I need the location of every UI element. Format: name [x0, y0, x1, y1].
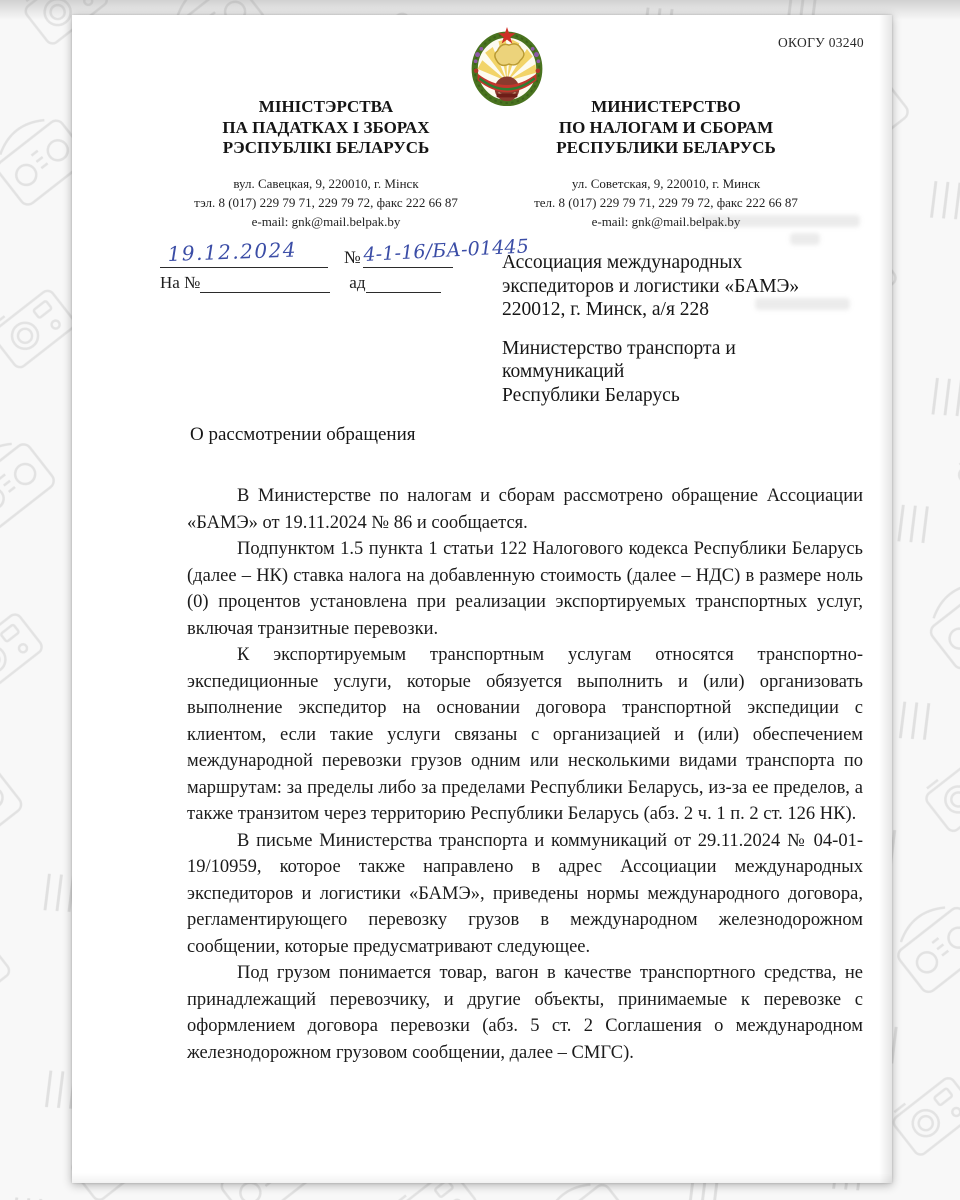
body-paragraph: Под грузом понимается товар, вагон в кач…: [187, 960, 863, 1066]
letter-page: ОКОГУ 03240 МІНІСТЭРСТВА ПА: [72, 15, 892, 1183]
org-phone: тэл. 8 (017) 229 79 71, 229 79 72, факс …: [176, 193, 476, 212]
letter-body: В Министерстве по налогам и сборам рассм…: [187, 483, 863, 1066]
recipient-block: Ассоциация международных экспедиторов и …: [502, 251, 892, 407]
recipient-association: Ассоциация международных экспедиторов и …: [502, 251, 892, 322]
recipient-line: экспедиторов и логистики «БАМЭ»: [502, 275, 892, 299]
org-email: e-mail: gnk@mail.belpak.by: [511, 212, 821, 231]
number-sign-label: №: [344, 247, 361, 267]
recipient-line: Ассоциация международных: [502, 251, 892, 275]
org-name-line: РЕСПУБЛИКИ БЕЛАРУСЬ: [511, 138, 821, 159]
reference-row-incoming: На №ад: [160, 267, 441, 293]
org-phone: тел. 8 (017) 229 79 71, 229 79 72, факс …: [511, 193, 821, 212]
org-address: вул. Савецкая, 9, 220010, г. Мінск: [176, 174, 476, 193]
recipient-line: Республики Беларусь: [502, 384, 892, 408]
page-bottom-scan-shadow: [72, 1173, 892, 1183]
reference-row-outgoing: 19.12.2024 № 4-1-16/БА-01445: [160, 242, 453, 268]
outgoing-number-line: 4-1-16/БА-01445: [363, 242, 453, 268]
incoming-date-line: [366, 267, 441, 293]
org-name-line: ПО НАЛОГАМ И СБОРАМ: [511, 118, 821, 139]
org-email: e-mail: gnk@mail.belpak.by: [176, 212, 476, 231]
letter-subject: О рассмотрении обращения: [190, 424, 416, 446]
incoming-number-line: [200, 267, 330, 293]
recipient-line: Министерство транспорта и: [502, 337, 892, 361]
body-paragraph: В Министерстве по налогам и сборам рассм…: [187, 483, 863, 536]
incoming-number-label: На №: [160, 273, 200, 292]
org-name-line: РЭСПУБЛІКІ БЕЛАРУСЬ: [176, 138, 476, 159]
okogu-code: ОКОГУ 03240: [778, 35, 864, 51]
outgoing-date-line: 19.12.2024: [160, 242, 328, 268]
org-name-line: МІНІСТЭРСТВА: [176, 97, 476, 118]
page-right-scan-shadow: [879, 15, 892, 1183]
letterhead-russian: МИНИСТЕРСТВО ПО НАЛОГАМ И СБОРАМ РЕСПУБЛ…: [511, 97, 821, 231]
org-name-line: ПА ПАДАТКАХ І ЗБОРАХ: [176, 118, 476, 139]
recipient-line: 220012, г. Минск, а/я 228: [502, 298, 892, 322]
letterhead-belarusian: МІНІСТЭРСТВА ПА ПАДАТКАХ І ЗБОРАХ РЭСПУБ…: [176, 97, 476, 231]
body-paragraph: К экспортируемым транспортным услугам от…: [187, 642, 863, 828]
org-address: ул. Советская, 9, 220010, г. Минск: [511, 174, 821, 193]
org-name-line: МИНИСТЕРСТВО: [511, 97, 821, 118]
bleed-through-artifact: [790, 233, 820, 245]
belarus-coat-of-arms-icon: [469, 26, 545, 106]
recipient-ministry-transport: Министерство транспорта и коммуникаций Р…: [502, 337, 892, 408]
body-paragraph: В письме Министерства транспорта и комму…: [187, 828, 863, 961]
incoming-date-label: ад: [349, 273, 365, 292]
recipient-line: коммуникаций: [502, 360, 892, 384]
scanned-letter-screenshot: { "document": { "okogu_code": "ОКОГУ 032…: [0, 0, 960, 1200]
handwritten-date: 19.12.2024: [167, 237, 297, 266]
body-paragraph: Подпунктом 1.5 пункта 1 статьи 122 Налог…: [187, 536, 863, 642]
